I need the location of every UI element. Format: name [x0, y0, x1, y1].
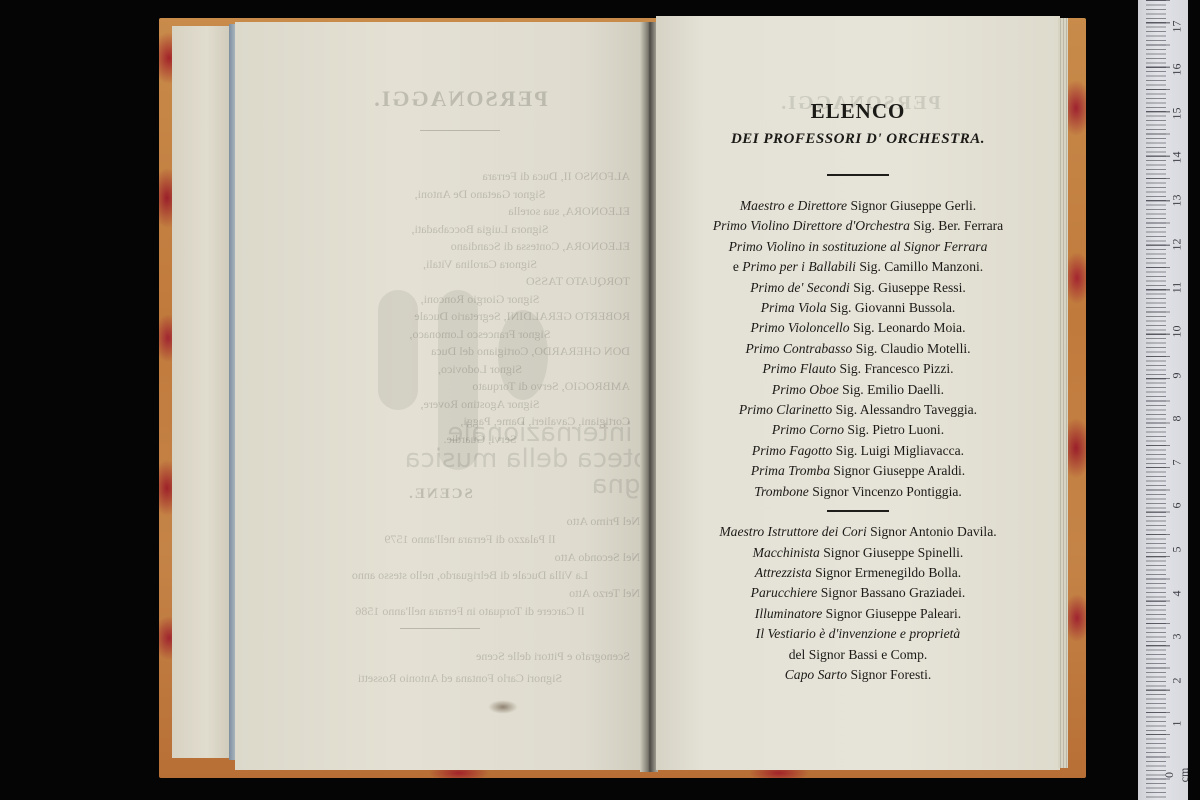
person-name: Signor Giuseppe Spinelli.	[820, 545, 964, 560]
list-item: Primo Clarinetto Sig. Alessandro Taveggi…	[656, 400, 1060, 420]
role-label: Primo Violino in sostituzione al Signor …	[729, 239, 988, 254]
person-name: Sig. Pietro Luoni.	[844, 422, 944, 437]
ruler-label: 0 cm	[1162, 766, 1192, 784]
role-prefix: e	[733, 259, 742, 274]
person-name: Sig. Giuseppe Ressi.	[850, 280, 966, 295]
list-item: Primo Oboe Sig. Emilio Daelli.	[656, 380, 1060, 400]
person-name: Sig. Giovanni Bussola.	[827, 300, 956, 315]
left-ghost-footer: Scenografo e Pittori delle SceneSignori …	[290, 645, 630, 689]
list-item: Primo Contrabasso Sig. Claudio Motelli.	[656, 339, 1060, 359]
person-name: Signor Bassano Graziadei.	[817, 585, 965, 600]
ghost-line: ELEONORA, Contessa di Scandiano	[330, 238, 630, 256]
ghost-line: Nel Secondo Atto	[300, 548, 640, 566]
role-label: Primo Flauto	[762, 361, 836, 376]
person-name: Signor Giuseppe Paleari.	[822, 606, 961, 621]
role-label: Parucchiere	[751, 585, 818, 600]
left-ghost-rule	[420, 130, 500, 131]
role-label: Attrezzista	[755, 565, 812, 580]
list-item: Attrezzista Signor Ermenegildo Bolla.	[656, 563, 1060, 583]
list-item: Parucchiere Signor Bassano Graziadei.	[656, 583, 1060, 603]
left-ghost-title: PERSONAGGI.	[340, 86, 580, 112]
list-item: e Primo per i Ballabili Sig. Camillo Man…	[656, 257, 1060, 277]
ghost-line: ELEONORA, sua sorella	[330, 203, 630, 221]
role-label: Trombone	[754, 484, 809, 499]
orchestra-list-page: ELENCO DEI PROFESSORI D' ORCHESTRA. Maes…	[656, 96, 1060, 685]
role-label: Prima Viola	[761, 300, 827, 315]
ruler-major-ticks	[1146, 0, 1170, 800]
list-item: Primo de' Secondi Sig. Giuseppe Ressi.	[656, 278, 1060, 298]
role-label: Prima Tromba	[751, 463, 830, 478]
ghost-line: Signor Gaetano De Antoni,	[330, 186, 630, 204]
role-label: Primo Clarinetto	[739, 402, 832, 417]
ghost-line: ALFONSO II, Duca di Ferrara	[330, 168, 630, 186]
list-item: Prima Viola Sig. Giovanni Bussola.	[656, 298, 1060, 318]
list-item: Maestro e Direttore Signor Giuseppe Gerl…	[656, 196, 1060, 216]
person-name: Sig. Leonardo Moia.	[850, 320, 966, 335]
person-name: Signor Vincenzo Pontiggia.	[809, 484, 962, 499]
role-label: Il Vestiario è d'invenzione e proprietà	[756, 626, 960, 641]
role-label: Capo Sarto	[785, 667, 847, 682]
person-name: Signor Giuseppe Gerli.	[847, 198, 976, 213]
ghost-line: Signora Carolina Vitali,	[330, 256, 630, 274]
page-title: ELENCO	[656, 96, 1060, 126]
person-name: Signor Ermenegildo Bolla.	[812, 565, 962, 580]
list-item: Maestro Istruttore dei Cori Signor Anton…	[656, 522, 1060, 542]
ruler-label: 12	[1170, 235, 1185, 253]
ghost-line: Nel Primo Atto	[300, 512, 640, 530]
person-name: del Signor Bassi e Comp.	[789, 647, 928, 662]
ghost-line: Scenografo e Pittori delle Scene	[290, 645, 630, 667]
ruler-label: 4	[1170, 584, 1185, 602]
page-subtitle: DEI PROFESSORI D' ORCHESTRA.	[656, 126, 1060, 152]
list-item: Primo Corno Sig. Pietro Luoni.	[656, 420, 1060, 440]
ghost-line: TORQUATO TASSO	[330, 273, 630, 291]
person-name: Sig. Ber. Ferrara	[910, 218, 1003, 233]
ruler-label: 10	[1170, 323, 1185, 341]
left-ghost-scene-title: SCENE.	[360, 486, 520, 503]
ruler-label: 15	[1170, 105, 1185, 123]
ruler-label: 9	[1170, 366, 1185, 384]
ruler-label: 7	[1170, 453, 1185, 471]
ghost-line: Signora Luigia Boccabadati,	[330, 221, 630, 239]
list-item: Trombone Signor Vincenzo Pontiggia.	[656, 482, 1060, 502]
list-item: Il Vestiario è d'invenzione e proprietà	[656, 624, 1060, 644]
role-label: Illuminatore	[755, 606, 822, 621]
measurement-ruler: 0 cm1234567891011121314151617	[1138, 0, 1188, 800]
role-label: Primo Fagotto	[752, 443, 832, 458]
ghost-line: Signori Carlo Fontana ed Antonio Rossett…	[290, 667, 630, 689]
list-item: Prima Tromba Signor Giuseppe Araldi.	[656, 461, 1060, 481]
list-item: del Signor Bassi e Comp.	[656, 645, 1060, 665]
person-name: Sig. Emilio Daelli.	[839, 382, 944, 397]
ruler-label: 16	[1170, 61, 1185, 79]
role-label: Macchinista	[753, 545, 820, 560]
role-label: Primo per i Ballabili	[742, 259, 856, 274]
list-item: Capo Sarto Signor Foresti.	[656, 665, 1060, 685]
left-ghost-scene-list: Nel Primo AttoIl Palazzo di Ferrara nell…	[300, 512, 640, 620]
orchestra-members-list: Maestro e Direttore Signor Giuseppe Gerl…	[656, 196, 1060, 502]
person-name: Signor Foresti.	[847, 667, 931, 682]
person-name: Sig. Camillo Manzoni.	[856, 259, 983, 274]
person-name: Sig. Francesco Pizzi.	[836, 361, 953, 376]
role-label: Maestro e Direttore	[740, 198, 847, 213]
paper-stain	[488, 700, 518, 714]
ruler-label: 1	[1170, 715, 1185, 733]
role-label: Primo Violino Direttore d'Orchestra	[713, 218, 910, 233]
list-item: Primo Fagotto Sig. Luigi Migliavacca.	[656, 441, 1060, 461]
ruler-label: 13	[1170, 192, 1185, 210]
ruler-label: 5	[1170, 541, 1185, 559]
ruler-label: 6	[1170, 497, 1185, 515]
role-label: Primo Violoncello	[751, 320, 850, 335]
ghost-line: Nel Terzo Atto	[300, 584, 640, 602]
role-label: Primo Contrabasso	[745, 341, 852, 356]
role-label: Maestro Istruttore dei Cori	[719, 524, 866, 539]
ruler-label: 17	[1170, 17, 1185, 35]
role-label: Primo de' Secondi	[750, 280, 850, 295]
ghost-line: La Villa Ducale di Belriguardo, nello st…	[300, 566, 640, 584]
theatre-staff-list: Maestro Istruttore dei Cori Signor Anton…	[656, 522, 1060, 685]
person-name: Signor Giuseppe Araldi.	[830, 463, 965, 478]
person-name: Sig. Luigi Migliavacca.	[832, 443, 964, 458]
ruler-label: 2	[1170, 671, 1185, 689]
role-label: Primo Corno	[772, 422, 844, 437]
list-item: Primo Violoncello Sig. Leonardo Moia.	[656, 318, 1060, 338]
ruler-label: 8	[1170, 410, 1185, 428]
flyleaf	[172, 26, 232, 758]
list-item: Primo Violino Direttore d'Orchestra Sig.…	[656, 216, 1060, 236]
ruler-label: 14	[1170, 148, 1185, 166]
list-item: Primo Flauto Sig. Francesco Pizzi.	[656, 359, 1060, 379]
person-name: Sig. Alessandro Taveggia.	[832, 402, 977, 417]
left-ghost-rule-2	[400, 628, 480, 629]
role-label: Primo Oboe	[772, 382, 839, 397]
ghost-line: Il Carcere di Torquato in Ferrara nell'a…	[300, 602, 640, 620]
list-item: Macchinista Signor Giuseppe Spinelli.	[656, 543, 1060, 563]
person-name: Signor Antonio Davila.	[867, 524, 997, 539]
ruler-label: 11	[1170, 279, 1185, 297]
ruler-label: 3	[1170, 628, 1185, 646]
person-name: Sig. Claudio Motelli.	[852, 341, 970, 356]
ghost-line: Il Palazzo di Ferrara nell'anno 1579	[300, 530, 640, 548]
list-item: Illuminatore Signor Giuseppe Paleari.	[656, 604, 1060, 624]
list-item: Primo Violino in sostituzione al Signor …	[656, 237, 1060, 257]
